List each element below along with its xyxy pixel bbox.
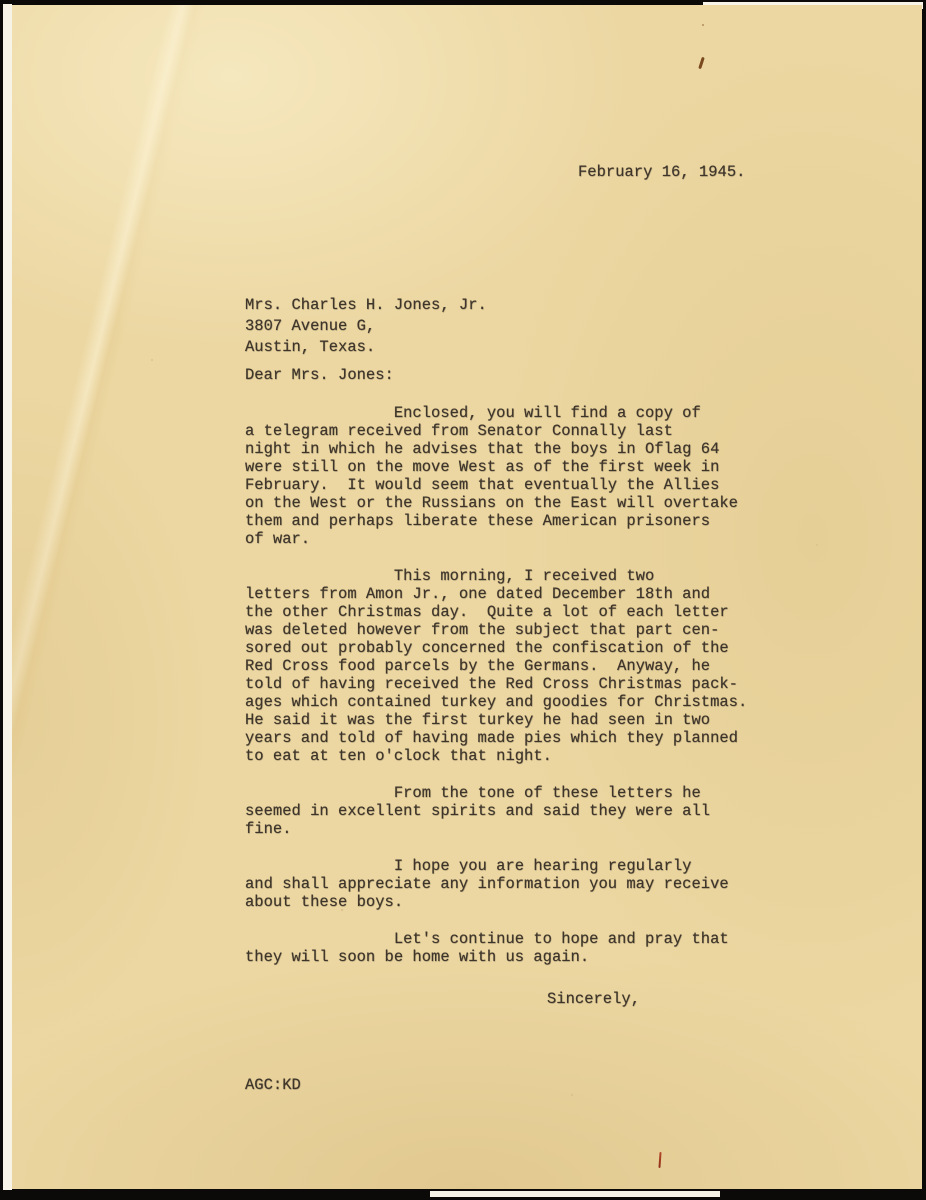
- recipient-city: Austin, Texas.: [245, 337, 487, 358]
- paragraph-3: From the tone of these letters he seemed…: [245, 784, 747, 838]
- paragraph-4: I hope you are hearing regularly and sha…: [245, 857, 747, 911]
- letter-paper: February 16, 1945. Mrs. Charles H. Jones…: [12, 5, 922, 1189]
- paragraph-5: Let's continue to hope and pray that the…: [245, 930, 747, 966]
- paper-edge-gap-bottom: [430, 1191, 720, 1197]
- typist-initials: AGC:KD: [245, 1076, 301, 1094]
- document-scan: February 16, 1945. Mrs. Charles H. Jones…: [0, 0, 926, 1200]
- salutation: Dear Mrs. Jones:: [245, 366, 394, 384]
- letter-body: Enclosed, you will find a copy of a tele…: [245, 404, 747, 985]
- recipient-street: 3807 Avenue G,: [245, 316, 487, 337]
- recipient-address: Mrs. Charles H. Jones, Jr.3807 Avenue G,…: [245, 295, 487, 358]
- paragraph-1: Enclosed, you will find a copy of a tele…: [245, 404, 747, 548]
- recipient-name: Mrs. Charles H. Jones, Jr.: [245, 295, 487, 316]
- letter-date: February 16, 1945.: [578, 163, 745, 181]
- red-pen-mark: [658, 1152, 661, 1168]
- paper-edge-gap-left: [3, 4, 12, 1190]
- closing-sincerely: Sincerely,: [547, 990, 640, 1008]
- paragraph-2: This morning, I received two letters fro…: [245, 567, 747, 765]
- paper-fiber-fleck: [698, 57, 705, 69]
